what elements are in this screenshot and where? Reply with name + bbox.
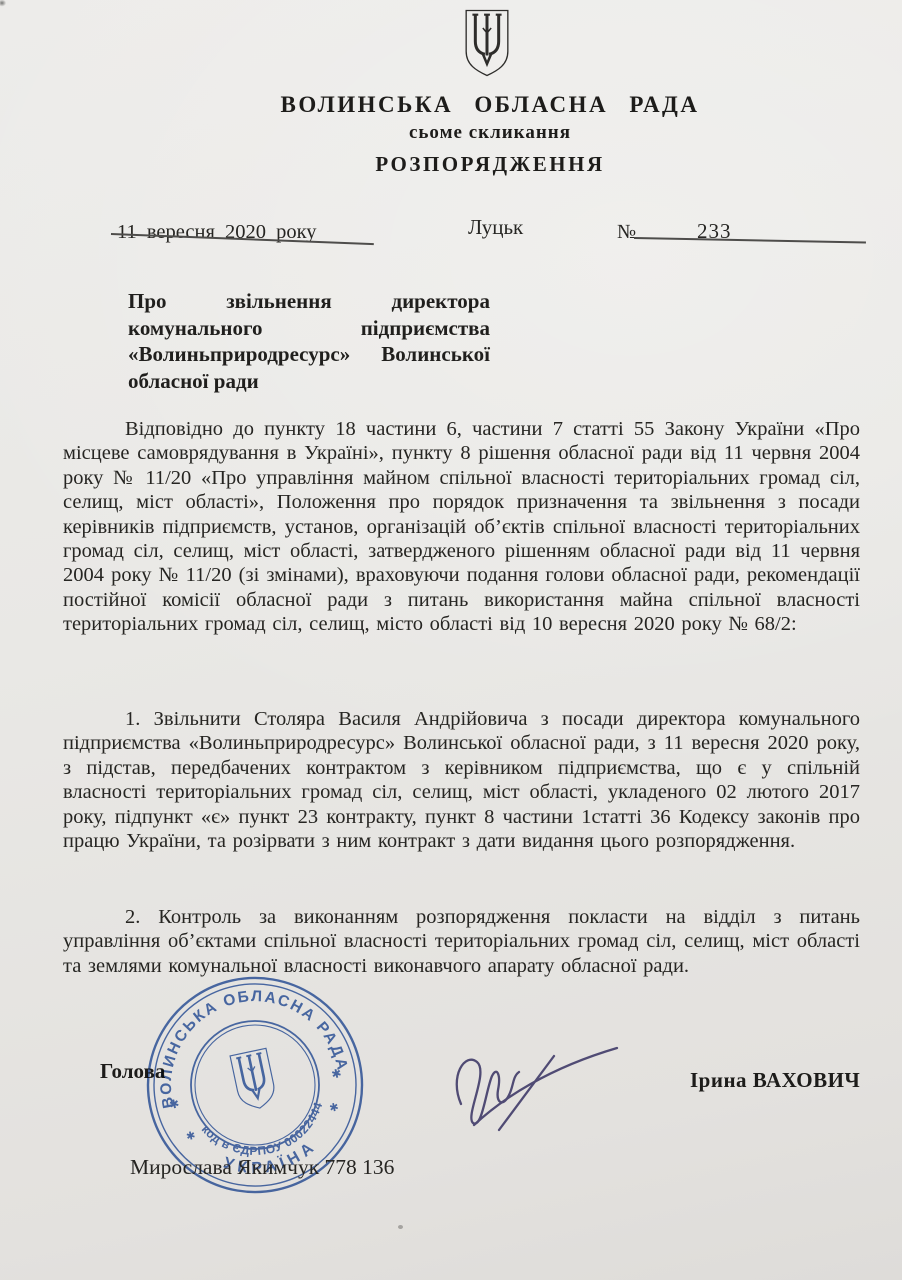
clerk-line: Мирослава Якимчук 778 136 [130,1155,394,1180]
handwritten-signature [441,1028,631,1140]
stamp-star-left: ✱ [168,1096,181,1112]
stamp-trident-icon [230,1048,278,1112]
number-sign: № [617,221,636,244]
coat-of-arms-trident-icon [461,8,513,78]
convocation-line: сьоме скликання [78,122,902,144]
number-underline [634,237,866,243]
scanned-document: ВОЛИНСЬКА ОБЛАСНА РАДА сьоме скликання Р… [0,0,902,1280]
scan-speck [398,1225,403,1229]
document-type-title: РОЗПОРЯДЖЕННЯ [78,152,902,177]
stamp-star-lower-right: ✱ [328,1101,340,1115]
item-2-paragraph: 2. Контроль за виконанням розпорядження … [63,905,860,978]
document-city: Луцьк [468,215,523,240]
subject-block: Про звільнення директора комунального пі… [128,288,490,394]
org-name: ВОЛИНСЬКА ОБЛАСНА РАДА [78,92,902,118]
signer-name: Ірина ВАХОВИЧ [690,1068,860,1093]
preamble-paragraph: Відповідно до пункту 18 частини 6, части… [63,417,860,637]
item-1-paragraph: 1. Звільнити Столяра Василя Андрійовича … [63,707,860,853]
stamp-star-lower-left: ✱ [185,1130,197,1144]
